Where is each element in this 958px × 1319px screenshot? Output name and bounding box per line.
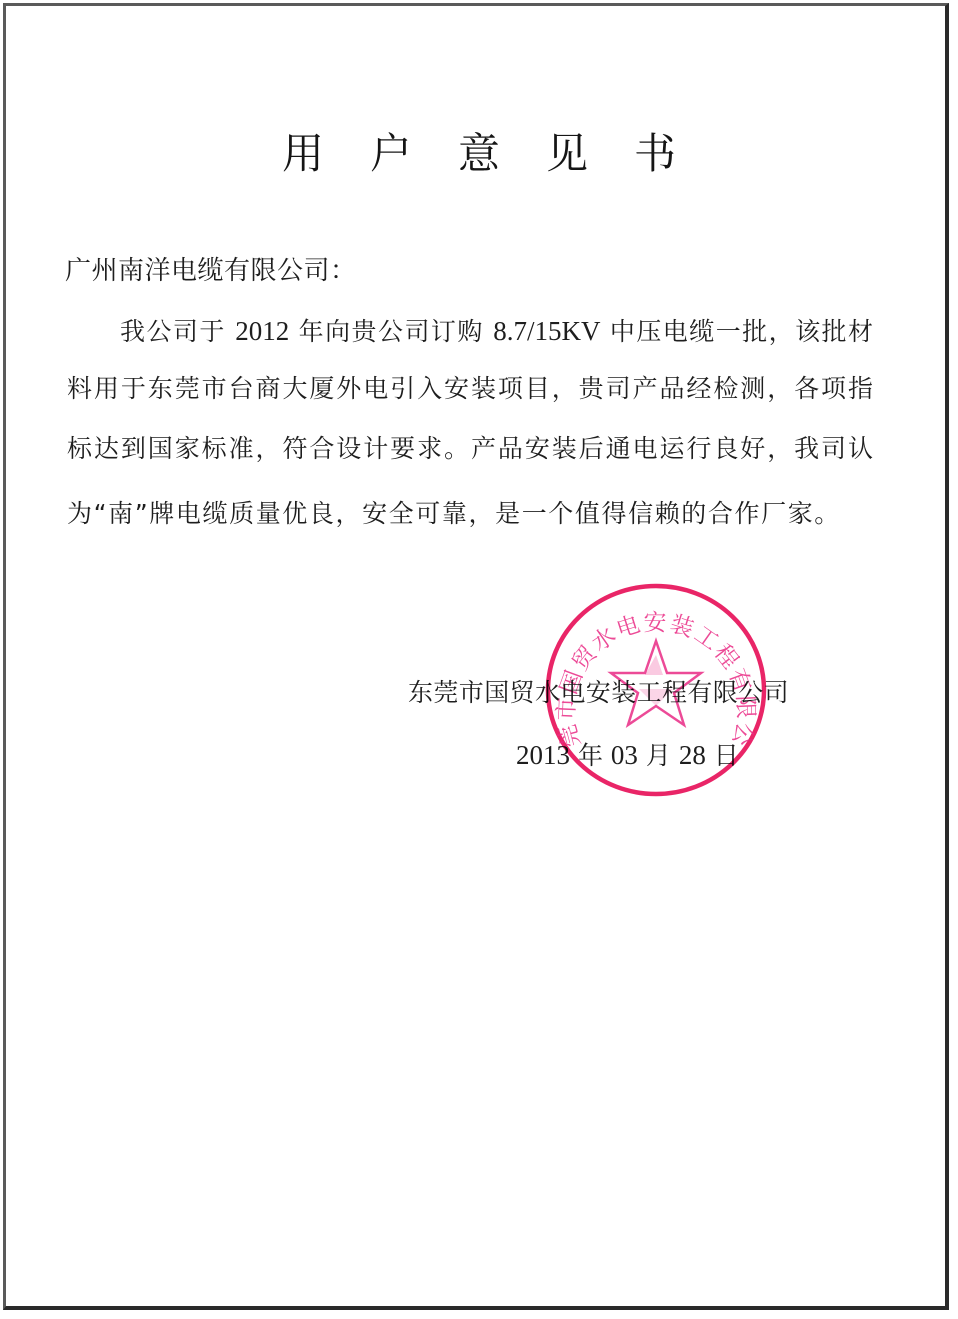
body-line-2: 料用于东莞市台商大厦外电引入安装项目，贵司产品经检测，各项指 [67, 372, 873, 406]
document-page [3, 3, 949, 1310]
stamp-star-icon [611, 641, 701, 725]
body-line-3: 标达到国家标准，符合设计要求。产品安装后通电运行良好，我司认 [67, 432, 873, 466]
body-text: 年向贵公司订购 [289, 317, 493, 346]
company-seal-stamp: 东莞市国贸水电安装工程有限公司 [545, 583, 767, 797]
order-year: 2012 [235, 316, 289, 346]
body-text: 我公司于 [120, 317, 235, 346]
body-line-1: 我公司于 2012 年向贵公司订购 8.7/15KV 中压电缆一批，该批材 [120, 314, 873, 349]
body-text: 中压电缆一批，该批材 [600, 317, 873, 346]
body-line-4: 为“南”牌电缆质量优良，安全可靠，是一个值得信赖的合作厂家。 [67, 497, 873, 531]
addressee: 广州南洋电缆有限公司： [65, 254, 357, 288]
cable-voltage-spec: 8.7/15KV [493, 316, 600, 346]
document-title: 用户意见书 [0, 128, 958, 180]
